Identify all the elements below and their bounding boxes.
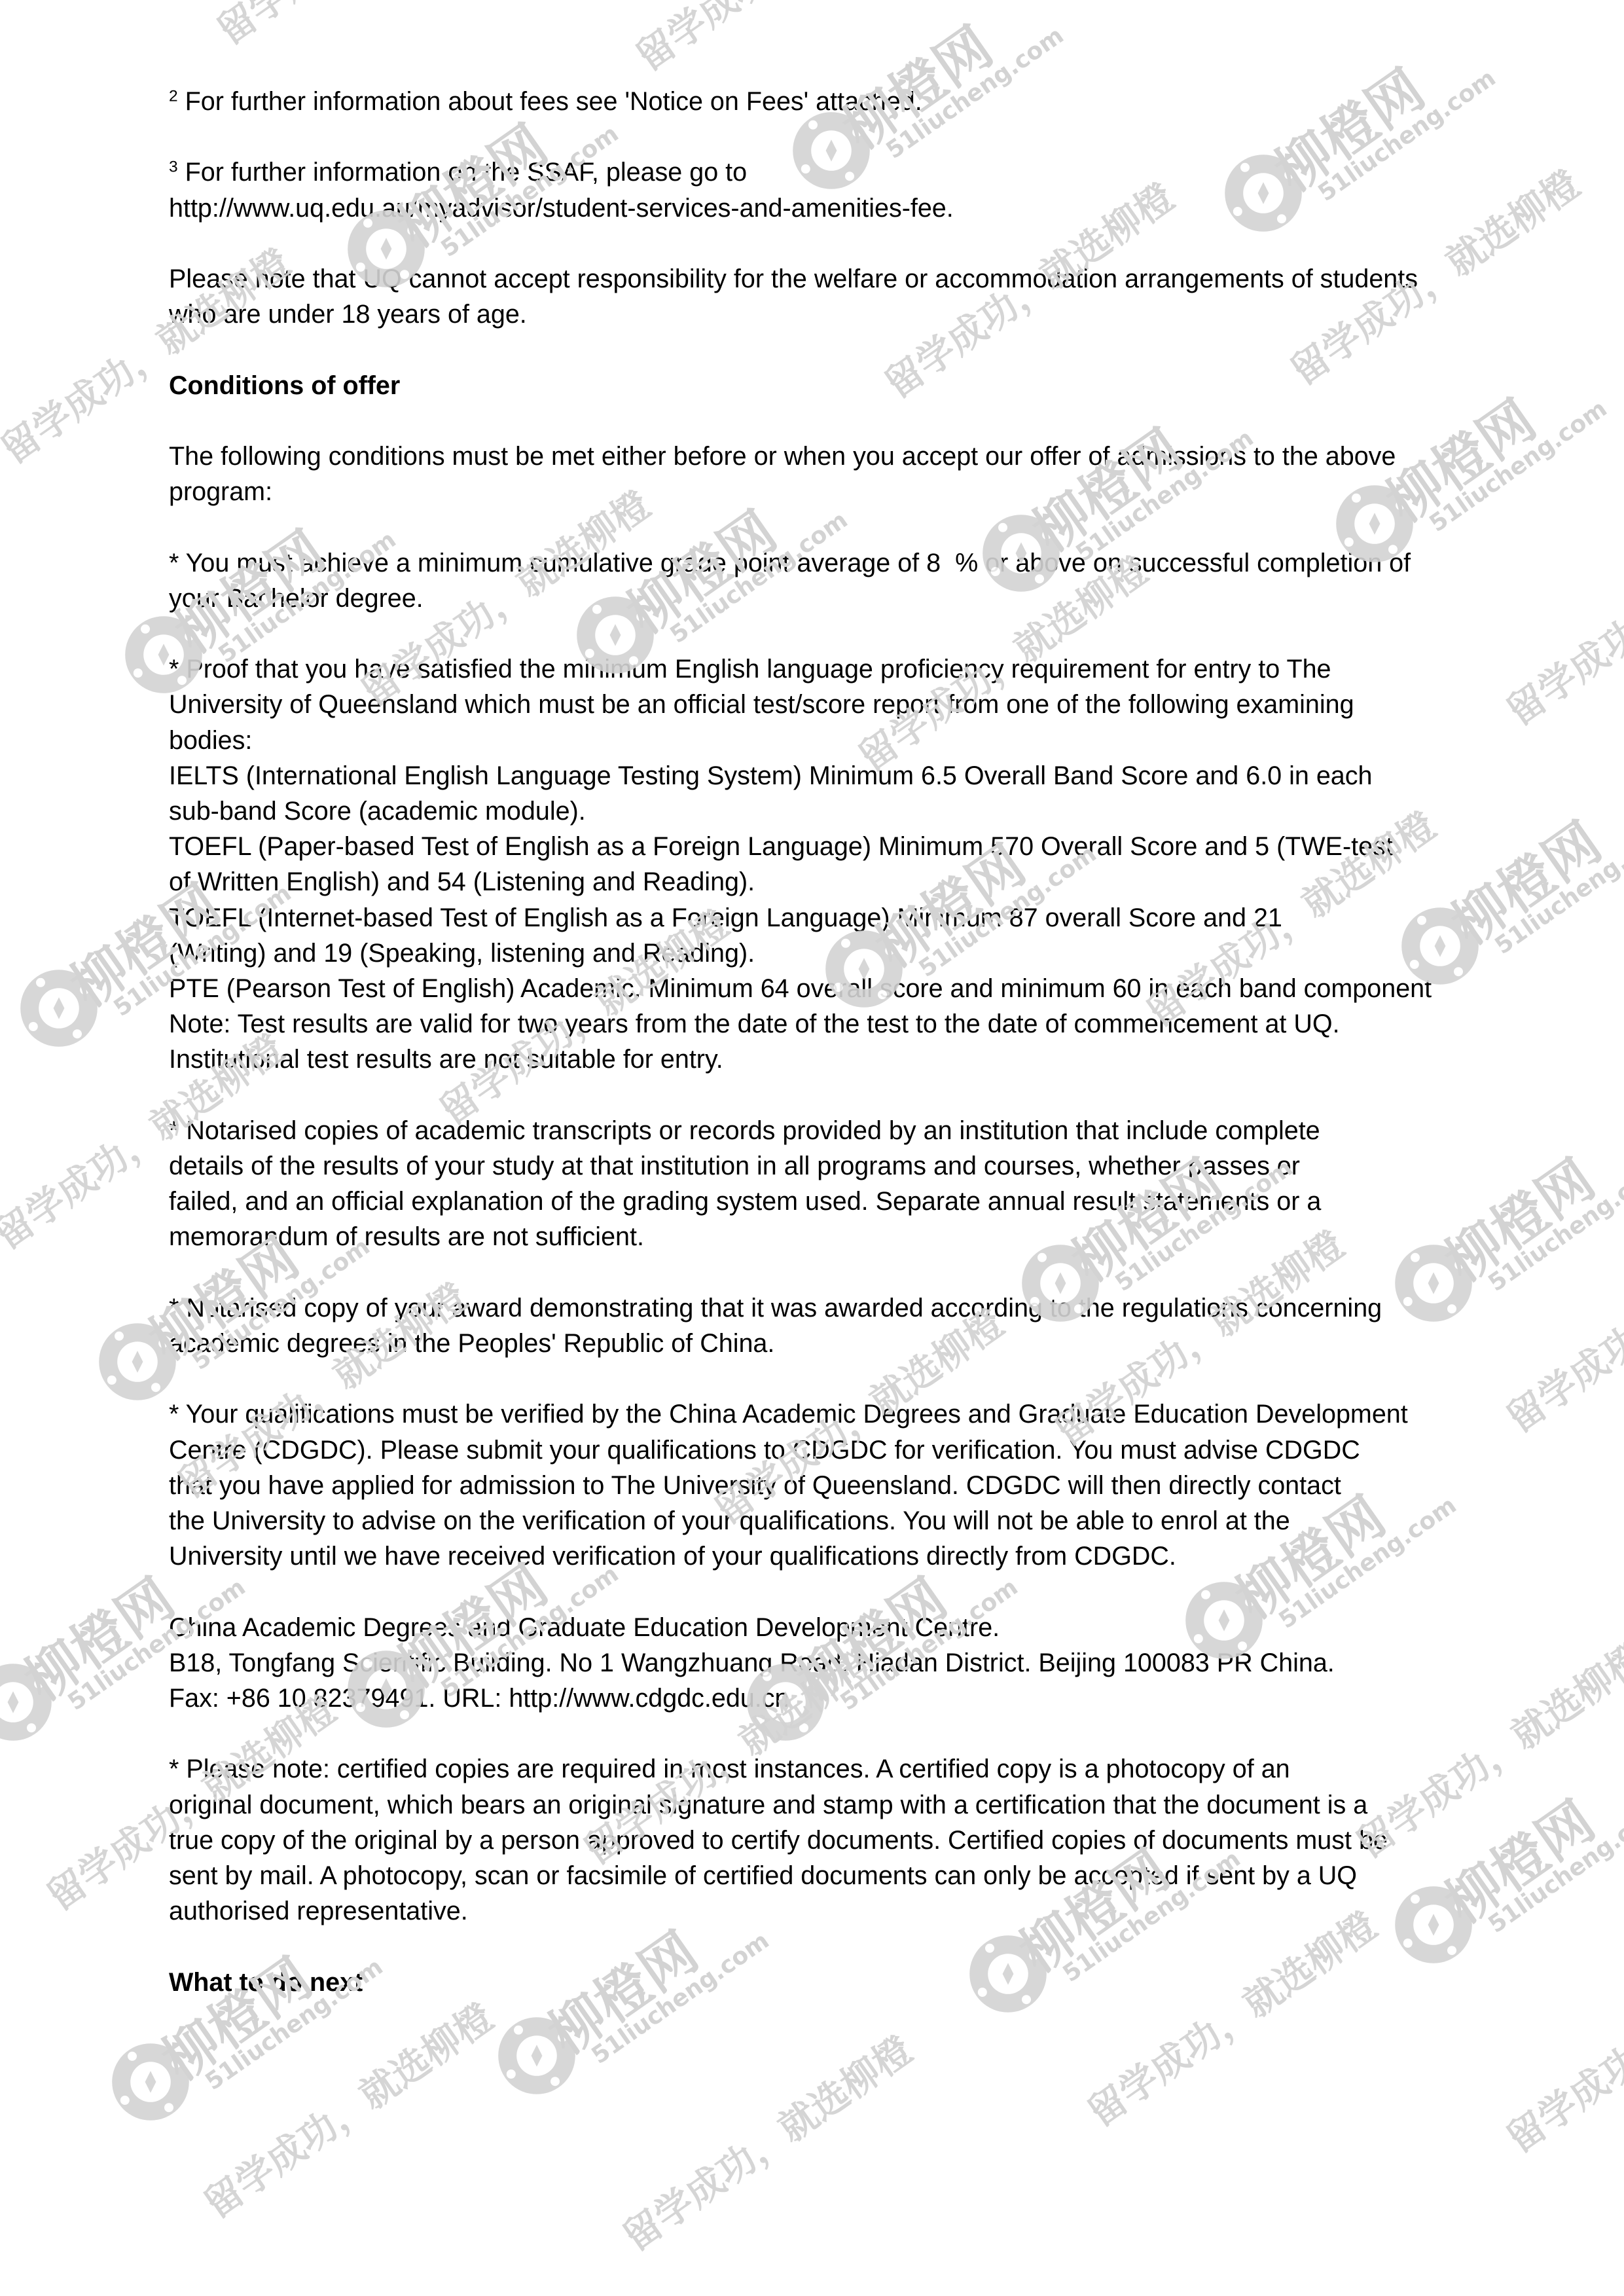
watermark-slogan: 留学成功，就选柳橙 — [610, 2020, 922, 2261]
watermark-slogan: 留学成功，就选柳橙 — [623, 0, 935, 81]
watermark-brand: 柳橙网 — [7, 1556, 188, 1716]
watermark-slogan: 留学成功，就选柳橙 — [204, 0, 516, 55]
award-condition: * Notarised copy of your award demonstra… — [169, 1290, 1530, 1361]
text-line: TOEFL (Internet-based Test of English as… — [169, 900, 1530, 936]
text-line: * Your qualifications must be verified b… — [169, 1396, 1530, 1432]
text-line: * Notarised copy of your award demonstra… — [169, 1290, 1530, 1326]
cdgdc-address: China Academic Degrees and Graduate Educ… — [169, 1610, 1530, 1717]
text-line: original document, which bears an origin… — [169, 1787, 1530, 1823]
text-line: * Please note: certified copies are requ… — [169, 1751, 1530, 1787]
text-line: * Proof that you have satisfied the mini… — [169, 651, 1530, 687]
text-line: the University to advise on the verifica… — [169, 1503, 1530, 1539]
welfare-note: Please note that UQ cannot accept respon… — [169, 261, 1530, 332]
text-line: IELTS (International English Language Te… — [169, 758, 1530, 793]
obscured-gpa-digit: ? — [941, 549, 955, 577]
text-line: details of the results of your study at … — [169, 1148, 1530, 1184]
text-line: of Written English) and 54 (Listening an… — [169, 864, 1530, 900]
footnote-3: 3 For further information on the SSAF, p… — [169, 155, 1530, 225]
footnote-marker: 2 — [169, 88, 178, 105]
text-line: failed, and an official explanation of t… — [169, 1184, 1530, 1219]
cdgdc-condition: * Your qualifications must be verified b… — [169, 1396, 1530, 1574]
footnote-2: 2 For further information about fees see… — [169, 84, 1530, 119]
gpa-condition: * You must achieve a minimum cumulative … — [169, 545, 1530, 616]
text-line: authorised representative. — [169, 1893, 1530, 1929]
text-line: academic degrees in the Peoples' Republi… — [169, 1326, 1530, 1361]
text-line: Institutional test results are not suita… — [169, 1042, 1530, 1077]
text-line: memorandum of results are not sufficient… — [169, 1219, 1530, 1254]
text-line: true copy of the original by a person ap… — [169, 1823, 1530, 1858]
text-line: B18, Tongfang Scientific Building. No 1 … — [169, 1645, 1530, 1681]
footnote-text: For further information on the SSAF, ple… — [185, 158, 748, 187]
ssaf-link[interactable]: http://www.uq.edu.au/myadvisor/student-s… — [169, 191, 1530, 226]
footnote-text: For further information about fees see '… — [185, 87, 922, 116]
text-line: bodies: — [169, 723, 1530, 758]
english-condition: * Proof that you have satisfied the mini… — [169, 651, 1530, 1077]
text-line: (Writing) and 19 (Speaking, listening an… — [169, 936, 1530, 971]
document-page: 2 For further information about fees see… — [169, 84, 1530, 2035]
next-steps-heading: What to do next — [169, 1965, 1530, 2000]
text-line: that you have applied for admission to T… — [169, 1468, 1530, 1503]
footnote-marker: 3 — [169, 158, 178, 176]
text-line: * Notarised copies of academic transcrip… — [169, 1113, 1530, 1148]
watermark-logo-icon — [0, 1656, 59, 1748]
text-line: University of Queensland which must be a… — [169, 687, 1530, 722]
text-line: University until we have received verifi… — [169, 1539, 1530, 1574]
text-line: TOEFL (Paper-based Test of English as a … — [169, 829, 1530, 864]
text-line: sent by mail. A photocopy, scan or facsi… — [169, 1858, 1530, 1893]
text-line: China Academic Degrees and Graduate Educ… — [169, 1610, 1530, 1645]
watermark-logo-icon — [13, 962, 105, 1054]
transcripts-condition: * Notarised copies of academic transcrip… — [169, 1113, 1530, 1255]
text-line: sub-band Score (academic module). — [169, 793, 1530, 829]
certified-copies-note: * Please note: certified copies are requ… — [169, 1751, 1530, 1929]
text-line: Fax: +86 10 82379491. URL: http://www.cd… — [169, 1681, 1530, 1716]
text-line: Centre (CDGDC). Please submit your quali… — [169, 1432, 1530, 1468]
text-line: Note: Test results are valid for two yea… — [169, 1006, 1530, 1042]
watermark-logo-icon — [105, 2036, 196, 2128]
conditions-heading: Conditions of offer — [169, 368, 1530, 403]
text-line: PTE (Pearson Test of English) Academic. … — [169, 971, 1530, 1006]
conditions-intro: The following conditions must be met eit… — [169, 439, 1530, 509]
